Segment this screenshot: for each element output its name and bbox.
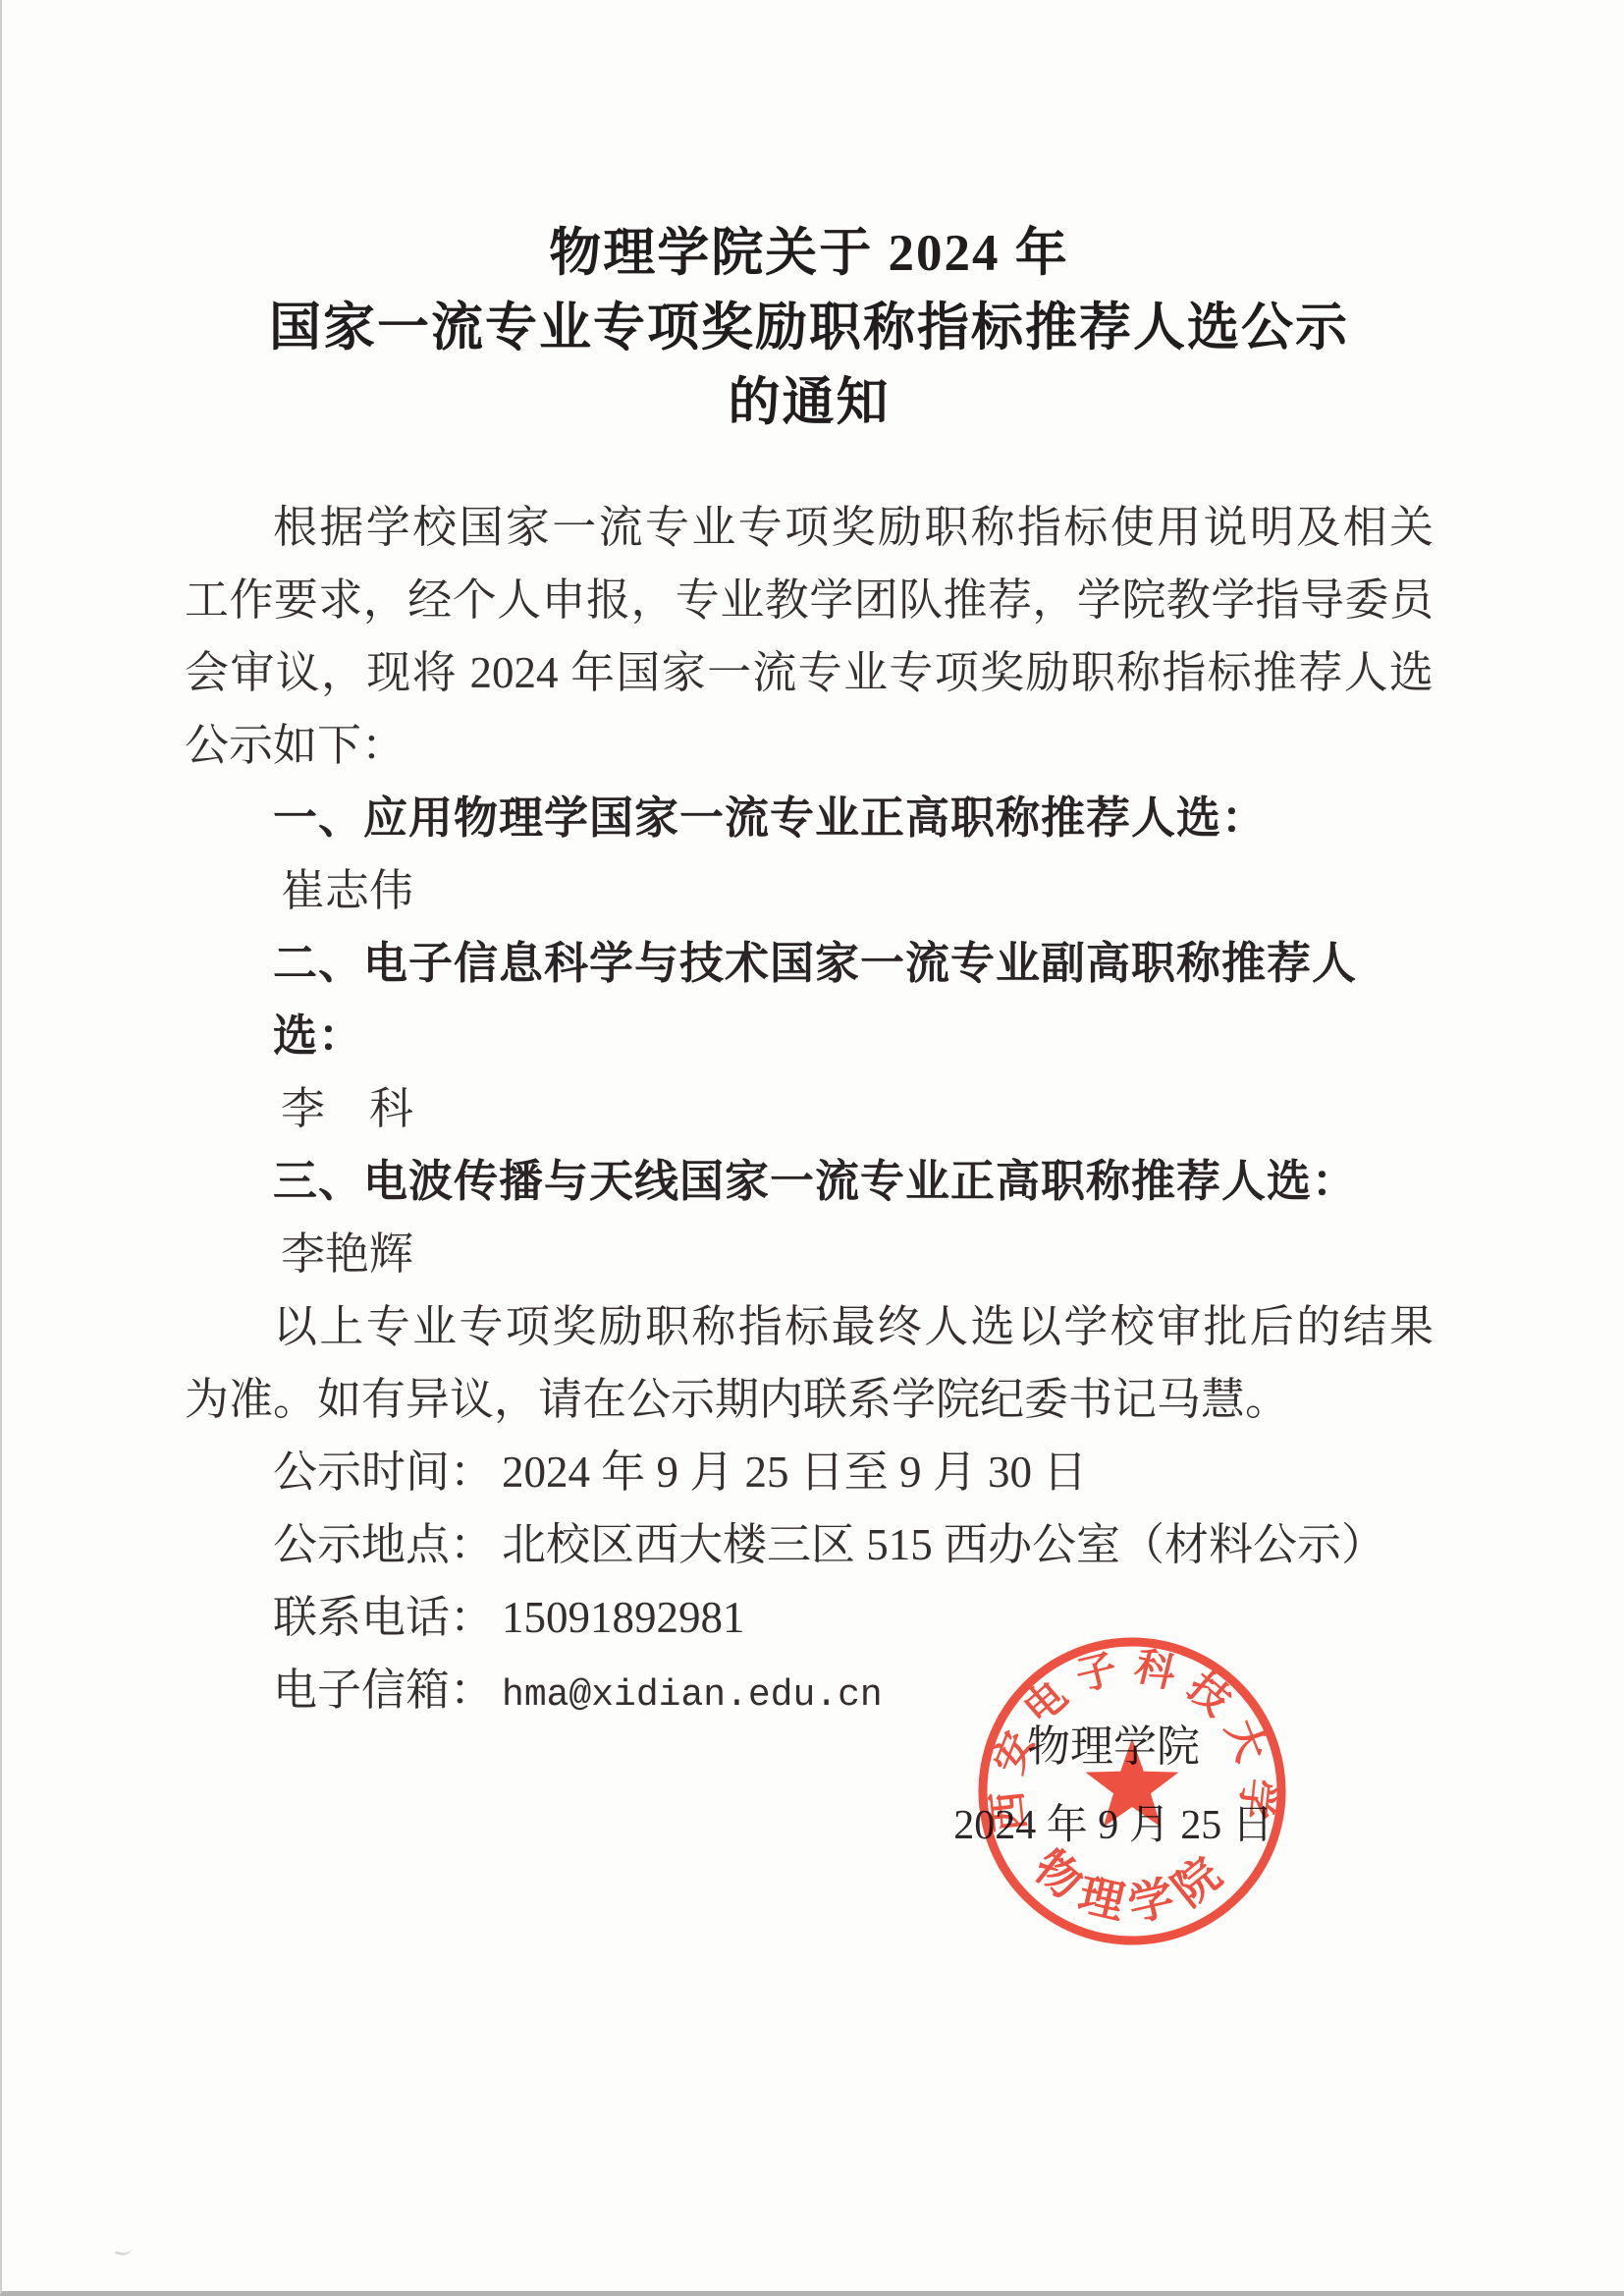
section-2-heading: 二、电子信息科学与技术国家一流专业副高职称推荐人选： [185, 927, 1434, 1072]
section-2-nominee: 李 科 [185, 1072, 1434, 1145]
publicity-place-row: 公示地点：北校区西大楼三区 515 西办公室（材料公示） [185, 1508, 1434, 1581]
section-1-nominee: 崔志伟 [185, 854, 1434, 927]
closing-line: 以上专业专项奖励职称指标最终人选以学校审批后的结果 [185, 1290, 1434, 1363]
section-3-nominee: 李艳辉 [185, 1218, 1434, 1290]
intro-line: 根据学校国家一流专业专项奖励职称指标使用说明及相关 [185, 491, 1434, 564]
notice-body: 根据学校国家一流专业专项奖励职称指标使用说明及相关 工作要求，经个人申报，专业教… [185, 491, 1434, 1732]
publicity-time-row: 公示时间：2024 年 9 月 25 日至 9 月 30 日 [185, 1436, 1434, 1508]
title-line-3: 的通知 [185, 365, 1434, 440]
contact-phone-value: 15091892981 [502, 1593, 745, 1642]
title-line-1: 物理学院关于 2024 年 [185, 216, 1434, 291]
section-3-heading: 三、电波传播与天线国家一流专业正高职称推荐人选： [185, 1145, 1434, 1218]
notice-title: 物理学院关于 2024 年 国家一流专业专项奖励职称指标推荐人选公示 的通知 [185, 216, 1434, 440]
intro-paragraph: 根据学校国家一流专业专项奖励职称指标使用说明及相关 工作要求，经个人申报，专业教… [185, 491, 1434, 782]
notice-document: 物理学院关于 2024 年 国家一流专业专项奖励职称指标推荐人选公示 的通知 根… [185, 216, 1434, 1732]
detail-label: 联系电话： [273, 1593, 494, 1642]
closing-line: 为准。如有异议，请在公示期内联系学院纪委书记马慧。 [185, 1363, 1434, 1436]
title-line-2: 国家一流专业专项奖励职称指标推荐人选公示 [185, 291, 1434, 365]
scanned-notice-page: 物理学院关于 2024 年 国家一流专业专项奖励职称指标推荐人选公示 的通知 根… [0, 0, 1624, 2296]
publicity-place-value: 北校区西大楼三区 515 西办公室（材料公示） [502, 1520, 1385, 1569]
section-1-heading: 一、应用物理学国家一流专业正高职称推荐人选： [185, 782, 1434, 854]
publicity-time-value: 2024 年 9 月 25 日至 9 月 30 日 [502, 1448, 1087, 1497]
intro-line: 工作要求，经个人申报，专业教学团队推荐，学院教学指导委员 [185, 564, 1434, 636]
intro-line: 公示如下： [185, 709, 1434, 782]
contact-email-value: hma@xidian.edu.cn [502, 1674, 883, 1717]
closing-paragraph: 以上专业专项奖励职称指标最终人选以学校审批后的结果 为准。如有异议，请在公示期内… [185, 1290, 1434, 1436]
intro-line: 会审议，现将 2024 年国家一流专业专项奖励职称指标推荐人选 [185, 636, 1434, 709]
scan-artifact [115, 2241, 133, 2257]
detail-label: 公示时间： [273, 1448, 494, 1497]
detail-label: 电子信箱： [273, 1666, 494, 1715]
official-seal: 西安电子科技大学 物理学院 [969, 1628, 1295, 1954]
seal-star-icon [1085, 1738, 1178, 1828]
detail-label: 公示地点： [273, 1520, 494, 1569]
